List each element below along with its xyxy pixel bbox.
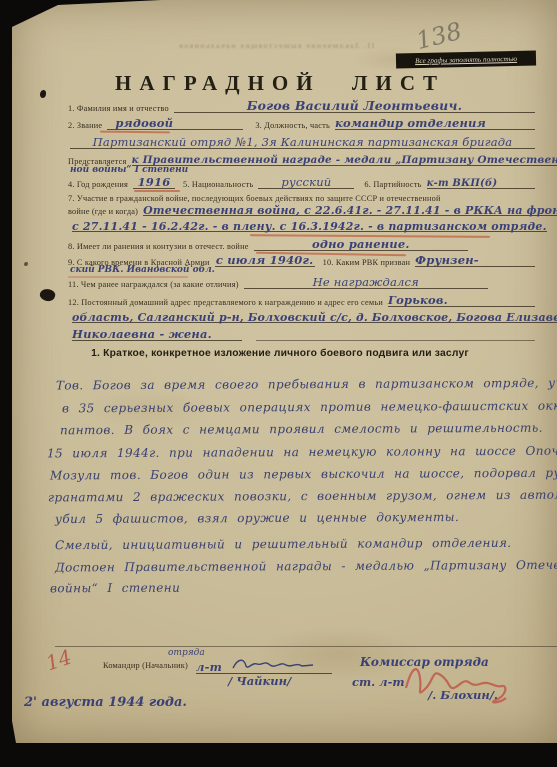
- empty-line: [256, 340, 535, 341]
- field-12-row-2: область, Салганский р-н, Болховский с/с,…: [72, 311, 535, 323]
- field-7-line: Отечественная война, с 22.6.41г. - 27.11…: [143, 204, 557, 216]
- commander-rank: л-т: [196, 660, 222, 674]
- document-title: НАГРАДНОЙ ЛИСТ: [80, 71, 480, 96]
- commander-name: / Чайкин/: [228, 676, 291, 688]
- feat-line: Тов. Богов за время своего пребывания в …: [56, 376, 557, 393]
- feat-line: гранатами 2 вражеских повозки, с военным…: [48, 488, 557, 505]
- field-10-value: Фрунзен-: [415, 253, 479, 267]
- section-1-heading: 1. Краткое, конкретное изложение личного…: [40, 348, 520, 359]
- field-11-label: 11. Чем ранее награждался (за какие отли…: [68, 280, 244, 289]
- field-3-value: командир отделения: [335, 116, 486, 130]
- field-11-value: Не награждался: [313, 275, 419, 289]
- field-12-value-2: область, Салганский р-н, Болховский с/с,…: [72, 311, 557, 324]
- field-11-row: 11. Чем ранее награждался (за какие отли…: [68, 276, 488, 289]
- field-12-line: Горьков.: [388, 294, 535, 307]
- field-3-label: 3. Должность, часть: [243, 121, 335, 130]
- field-7-label-2: войне (где и когда): [68, 207, 143, 216]
- present-value-2: ной войны“ I степени: [70, 166, 188, 175]
- feat-line: в 35 серьезных боевых операциях против н…: [62, 399, 557, 416]
- field-12-value: Горьков.: [388, 293, 448, 307]
- field-2-3-row: 2. Звание рядовой 3. Должность, часть ко…: [68, 117, 535, 130]
- feat-line: Мозули тов. Богов один из первых выскочи…: [50, 466, 557, 483]
- field-7-value: Отечественная война, с 22.6.41г. - 27.11…: [143, 204, 557, 217]
- bleedthrough-text: II. Заключение вышестоящих начальников: [148, 41, 404, 50]
- field-2-line: рядовой: [107, 117, 243, 130]
- field-6-value: к-т ВКП(б): [427, 178, 498, 189]
- feat-line: убил 5 фашистов, взял оружие и ценные до…: [55, 510, 459, 526]
- red-underline: [134, 190, 180, 192]
- commander-sig-row: л-т: [196, 652, 332, 674]
- field-7-row: войне (где и когда) Отечественная война,…: [68, 204, 535, 216]
- field-1-line: Богов Василий Леонтьевич.: [174, 99, 535, 113]
- field-6-line: к-т ВКП(б): [427, 178, 535, 189]
- scanned-award-sheet: II. Заключение вышестоящих начальников 1…: [0, 0, 557, 767]
- field-3-value-2: Партизанский отряд №1, 3я Калининская па…: [93, 135, 513, 149]
- divider-rule: [55, 646, 557, 647]
- field-2-value: рядовой: [115, 116, 173, 130]
- fill-notice-stamp: Все графы заполнять полностью: [396, 51, 536, 69]
- field-5-line: русский: [258, 176, 354, 189]
- field-2-label: 2. Звание: [68, 121, 107, 130]
- field-3-row-2: Партизанский отряд №1, 3я Калининская па…: [70, 136, 535, 149]
- field-8-label: 8. Имеет ли ранения и контузии в отечест…: [68, 242, 254, 251]
- field-8-value: одно ранение.: [312, 237, 410, 251]
- field-7-label: 7. Участие в гражданской войне, последую…: [68, 194, 441, 203]
- present-line: к Правительственной награде - медали „Па…: [132, 154, 557, 166]
- field-8-row: 8. Имеет ли ранения и контузии в отечест…: [68, 238, 468, 251]
- present-value: к Правительственной награде - медали „Па…: [132, 154, 557, 166]
- field-4-value: 1916: [138, 175, 171, 189]
- feat-line: войны“ I степени: [50, 581, 180, 596]
- field-5-label: 5. Национальность: [175, 180, 258, 189]
- field-1-value: Богов Василий Леонтьевич.: [247, 98, 462, 113]
- field-7-row-2: с 27.11.41 - 16.2.42г. - в плену. с 16.3…: [72, 220, 535, 232]
- field-12-line-3: Николаевна - жена.: [72, 328, 242, 341]
- feat-line: Достоен Правительственной награды - меда…: [55, 558, 557, 575]
- field-4-label: 4. Год рождения: [68, 180, 133, 189]
- commander-signature: [230, 656, 316, 674]
- commander-label: Командир (Начальник): [103, 661, 188, 670]
- field-4-5-6-row: 4. Год рождения 1916 5. Национальность р…: [68, 176, 535, 189]
- present-row: Представляется к Правительственной награ…: [68, 154, 535, 166]
- field-8-line: одно ранение.: [254, 238, 468, 251]
- field-4-line: 1916: [133, 176, 175, 189]
- field-12-label: 12. Постоянный домашний адрес представля…: [68, 298, 388, 307]
- field-10-value-2: ский РВК. Ивановской обл.: [70, 266, 215, 275]
- commissar-name: /. Блохин/.: [428, 690, 498, 702]
- field-11-line: Не награждался: [244, 276, 488, 289]
- field-12-row: 12. Постоянный домашний адрес представля…: [68, 294, 535, 307]
- field-7-line-2: с 27.11.41 - 16.2.42г. - в плену. с 16.3…: [72, 220, 547, 232]
- field-12-row-3: Николаевна - жена.: [72, 328, 535, 341]
- feat-line: пантов. В боях с немцами проявил смелост…: [60, 421, 543, 438]
- field-9-value: с июля 1940г.: [216, 253, 314, 267]
- field-9-line: с июля 1940г.: [215, 254, 315, 267]
- field-7-value-2: с 27.11.41 - 16.2.42г. - в плену. с 16.3…: [72, 220, 547, 233]
- fill-notice-text: Все графы заполнять полностью: [415, 54, 517, 64]
- field-6-label: 6. Партийность: [354, 180, 426, 189]
- field-10-label: 10. Каким РВК призван: [315, 258, 416, 267]
- feat-line: 15 июля 1944г. при нападении на немецкую…: [47, 444, 557, 461]
- field-3-line: командир отделения: [335, 117, 535, 130]
- field-1-label: 1. Фамилия имя и отчество: [68, 104, 174, 113]
- commander-sig-line: л-т: [196, 652, 332, 674]
- field-5-value: русский: [281, 175, 331, 189]
- field-10-line: Фрунзен-: [415, 254, 535, 267]
- field-1-row: 1. Фамилия имя и отчество Богов Василий …: [68, 99, 535, 113]
- field-12-line-2: область, Салганский р-н, Болховский с/с,…: [72, 311, 557, 323]
- feat-line: Смелый, инициативный и решительный коман…: [55, 536, 512, 552]
- date: 2' августа 1944 года.: [24, 696, 187, 709]
- field-3-line-2: Партизанский отряд №1, 3я Калининская па…: [70, 136, 535, 149]
- commissar-rank: ст. л-т: [352, 677, 405, 689]
- field-12-value-3: Николаевна - жена.: [72, 327, 212, 341]
